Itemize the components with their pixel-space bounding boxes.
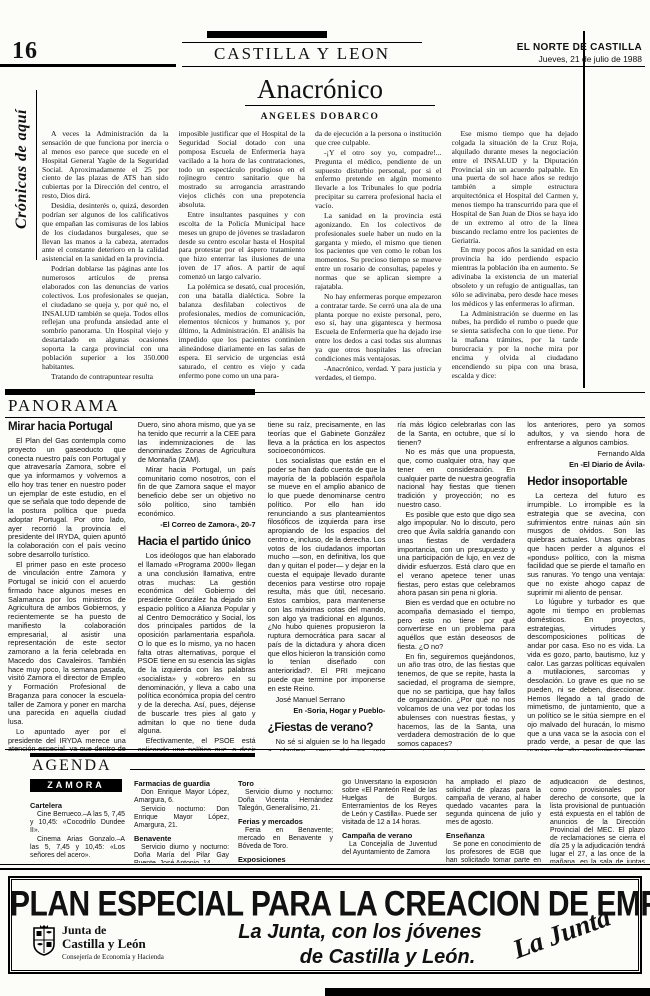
panorama-columns: Mirar hacia Portugal El Plan del Gas con… [8, 421, 645, 751]
paragraph: La certeza del futuro es irrumpible. Lo … [527, 492, 645, 597]
agenda-heading-ferias: Ferias y mercados [238, 817, 333, 826]
section-title: CASTILLA Y LEON [182, 44, 422, 64]
agenda-farmacias-body: Don Enrique Mayor López, Amargura, 6.Ser… [134, 789, 229, 830]
paragraph: Cine Berrueco.–A las 5, 7,45 y 10,45: «C… [30, 811, 125, 835]
article-col-3: da de ejecución a la persona o instituci… [315, 130, 442, 382]
agenda-heading-toro: Toro [238, 779, 333, 788]
paragraph: ha ampliado el plazo de solicitud de pla… [446, 779, 541, 827]
article-col-4: Ese mismo tiempo que ha dejado colgada l… [452, 130, 579, 382]
panorama-thin-rule [255, 392, 645, 393]
paragraph: Bien es verdad que en octubre no acompañ… [397, 599, 515, 652]
panorama-heading-partido-unico: Hacia el partido único [138, 536, 256, 548]
junta-crest-icon [32, 924, 56, 956]
panorama-col-2: Duero, sino ahora mismo, que ya se ha te… [138, 421, 256, 751]
paragraph: Feria en Benavente; mercado en Benavente… [238, 827, 333, 851]
employment-plan-ad: PLAN ESPECIAL PARA LA CREACION DE EMPLEO… [8, 876, 642, 974]
agenda-cartelera-body: Cine Berrueco.–A las 5, 7,45 y 10,45: «C… [30, 811, 125, 860]
agenda-heading-farmacias: Farmacias de guardia [134, 779, 229, 788]
agenda-col-5: ha ampliado el plazo de solicitud de pla… [446, 779, 541, 863]
panorama-col3-body1: tiene su raíz, precisamente, en las teor… [268, 421, 386, 693]
article-byline: ANGELES DOBARCO [120, 112, 520, 122]
article-title-rule [245, 105, 435, 106]
paragraph: los anteriores, pero ya somos adultos, y… [527, 421, 645, 447]
panorama-col5-body1: los anteriores, pero ya somos adultos, y… [527, 421, 645, 447]
bottom-black-bar [325, 988, 650, 996]
masthead-name: EL NORTE DE CASTILLA [472, 42, 642, 53]
panorama-author-serrano: José Manuel Serrano [268, 695, 386, 704]
article-columns: A veces la Administración da la sensació… [42, 130, 578, 382]
panorama-author-alda: Fernando Alda [527, 449, 645, 458]
paragraph: A veces la Administración da la sensació… [42, 130, 169, 201]
agenda-col4-body: gio Universitario la exposición sobre «E… [342, 779, 437, 827]
paragraph: La polémica se desató, cual procesión, c… [179, 283, 306, 381]
paragraph: Mirar hacia Portugal, un país comunitari… [138, 466, 256, 519]
panorama-title: PANORAMA [8, 396, 120, 416]
paragraph: Podrían doblarse las páginas ante los nu… [42, 265, 169, 372]
ad-slogan-line2: de Castilla y León. [210, 945, 510, 970]
panorama-col5-body2: La certeza del futuro es irrumpible. Lo … [527, 492, 645, 751]
junta-logo-line3: Consejería de Economía y Hacienda [62, 953, 164, 961]
paragraph: Servicio diurno y nocturno: Doña Vicenta… [238, 789, 333, 813]
section-rule-top [182, 42, 422, 43]
panorama-col-4: ría más lógico celebrarlas con las de la… [397, 421, 515, 751]
masthead-date: Jueves, 21 de julio de 1988 [472, 54, 642, 64]
paragraph: Entre insultantes pasquines y con escolt… [179, 211, 306, 282]
agenda-col-4: gio Universitario la exposición sobre «E… [342, 779, 437, 863]
paragraph: Es posible que esto que digo sea algo im… [397, 511, 515, 599]
agenda-col-farmacias: Farmacias de guardia Don Enrique Mayor L… [134, 779, 229, 863]
panorama-col1-body: El Plan del Gas contempla como proyecto … [8, 437, 126, 751]
paragraph: gio Universitario la exposición sobre «E… [342, 779, 437, 827]
ad-slogan: La Junta, con los jóvenes de Castilla y … [210, 920, 510, 970]
paragraph: Duero, sino ahora mismo, que ya se ha te… [138, 421, 256, 465]
paragraph: tiene su raíz, precisamente, en las teor… [268, 421, 386, 456]
top-black-bar [207, 31, 327, 38]
panorama-col-1: Mirar hacia Portugal El Plan del Gas con… [8, 421, 126, 751]
agenda-benavente-body: Servicio diurno y nocturno: Doña María d… [134, 844, 229, 863]
masthead: EL NORTE DE CASTILLA Jueves, 21 de julio… [472, 42, 642, 64]
paragraph: Se pone en conocimiento de los profesore… [446, 841, 541, 863]
paragraph: La Concejalía de Juventud del Ayuntamien… [342, 841, 437, 857]
agenda-top-rule [5, 749, 645, 750]
agenda-toro-body: Servicio diurno y nocturno: Doña Vicenta… [238, 789, 333, 813]
panorama-heading-portugal: Mirar hacia Portugal [8, 421, 126, 433]
junta-logo-text: Junta de Castilla y León Consejería de E… [62, 924, 164, 961]
paragraph: El Plan del Gas contempla como proyecto … [8, 437, 126, 560]
agenda-heading-exposiciones: Exposiciones [238, 855, 333, 863]
panorama-black-bar [5, 389, 255, 395]
agenda-heading-cartelera: Cartelera [30, 801, 125, 810]
panorama-sig-soria: En -Soria, Hogar y Pueblo- [268, 706, 386, 715]
side-column-label: Crónicas de aquí [13, 89, 31, 249]
panorama-sig-avila: En -El Diario de Ávila- [527, 460, 645, 469]
paragraph: ¡Ah, huelo la vida!... [452, 382, 579, 383]
agenda-columns: Cartelera Cine Berrueco.–A las 5, 7,45 y… [30, 779, 645, 863]
agenda-heading-benavente: Benavente [134, 834, 229, 843]
panorama-heading-hedor: Hedor insoportable [527, 476, 645, 488]
agenda-col5-body: ha ampliado el plazo de solicitud de pla… [446, 779, 541, 827]
paragraph: No hay enfermeras porque empezaron a con… [315, 293, 442, 364]
paragraph: Los ideólogos que han elaborado el llama… [138, 552, 256, 736]
paragraph: El primer paso en este proceso de vincul… [8, 561, 126, 727]
panorama-col-3: tiene su raíz, precisamente, en las teor… [268, 421, 386, 751]
panorama-col2-body1: Duero, sino ahora mismo, que ya se ha te… [138, 421, 256, 518]
paragraph: Desidia, desinterés o, quizá, desorden p… [42, 202, 169, 264]
paragraph: -¡Y el otro soy yo, compadre!... Pregunt… [315, 149, 442, 211]
agenda-col-cartelera: Cartelera Cine Berrueco.–A las 5, 7,45 y… [30, 779, 125, 863]
agenda-thin-rule [130, 769, 645, 770]
ad-slogan-line1: La Junta, con los jóvenes [210, 920, 510, 945]
paragraph: ría más lógico celebrarlas con las de la… [397, 421, 515, 447]
agenda-campana-body: La Concejalía de Juventud del Ayuntamien… [342, 841, 437, 857]
paragraph: Lo lúgubre y turbador es que agote mi ti… [527, 598, 645, 751]
paragraph: La Administración se duerme en las nubes… [452, 310, 579, 381]
junta-logo-line2: Castilla y León [62, 937, 164, 951]
paragraph: No es más que una propuesta, que, como c… [397, 448, 515, 509]
article-col-2: imposible justificar que el Hospital de … [179, 130, 306, 382]
panorama-col2-body2: Los ideólogos que han elaborado el llama… [138, 552, 256, 751]
agenda-heading-campana: Campaña de verano [342, 831, 437, 840]
page-number: 16 [12, 38, 38, 65]
panorama-sig-correo-zamora: -El Correo de Zamora-, 20-7 [138, 520, 256, 529]
agenda-ensenanza-body: Se pone en conocimiento de los profesore… [446, 841, 541, 863]
paragraph: da de ejecución a la persona o instituci… [315, 130, 442, 148]
paragraph: En fin, seguiremos quejándonos, un año t… [397, 653, 515, 749]
paragraph: Ese mismo tiempo que ha dejado colgada l… [452, 130, 579, 245]
agenda-ferias-body: Feria en Benavente; mercado en Benavente… [238, 827, 333, 851]
ad-top-rule-1 [0, 864, 650, 865]
paragraph: imposible justificar que el Hospital de … [179, 130, 306, 210]
paragraph: Servicio nocturno: Don Enrique Mayor Lóp… [134, 806, 229, 830]
junta-logo: Junta de Castilla y León Consejería de E… [32, 924, 222, 961]
article-col-1: A veces la Administración da la sensació… [42, 130, 169, 382]
ad-top-rule-2 [0, 868, 650, 870]
paragraph: Lo apuntado ayer por el presidente del I… [8, 728, 126, 751]
panorama-underline [5, 417, 645, 418]
paragraph: Tratando de contrapuntear resulta [42, 373, 169, 382]
agenda-col-toro: Toro Servicio diurno y nocturno: Doña Vi… [238, 779, 333, 863]
article-title: Anacrónico [120, 74, 520, 105]
section-rule-bottom [182, 66, 645, 67]
panorama-heading-fiestas: ¿Fiestas de verano? [268, 722, 386, 734]
paragraph: Cinema Arias Gonzalo.–A las 5, 7,45 y 10… [30, 836, 125, 860]
agenda-title: AGENDA [32, 757, 112, 775]
newspaper-page: 16 CASTILLA Y LEON EL NORTE DE CASTILLA … [0, 0, 650, 996]
paragraph: adjudicación de destinos, como provision… [550, 779, 645, 863]
paragraph: Servicio diurno y nocturno: Doña María d… [134, 844, 229, 863]
panorama-col-5: los anteriores, pero ya somos adultos, y… [527, 421, 645, 751]
agenda-heading-ensenanza: Enseñanza [446, 831, 541, 840]
paragraph: En muy pocos años la sanidad en esta pro… [452, 246, 579, 308]
paragraph: La sanidad en la provincia está agonizan… [315, 212, 442, 292]
article-right-rule [583, 31, 585, 388]
paragraph: Los socialistas que están en el poder se… [268, 457, 386, 693]
agenda-col-6: adjudicación de destinos, como provision… [550, 779, 645, 863]
paragraph: -Anacrónico, verdad. Y para justicia y v… [315, 365, 442, 382]
paragraph: Don Enrique Mayor López, Amargura, 6. [134, 789, 229, 805]
side-label-rule [36, 90, 37, 260]
